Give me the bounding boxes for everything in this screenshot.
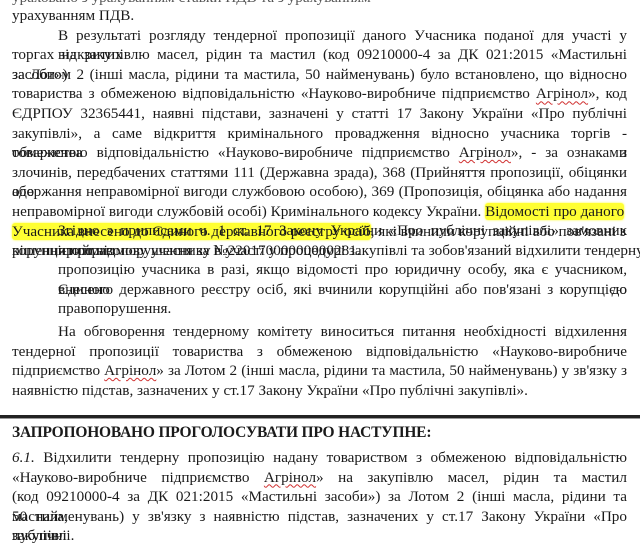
text-line: неправомірної вигоди службовій особі) Кр… bbox=[12, 202, 627, 222]
text-run: » на закупівлю масел, рідин та мастил bbox=[316, 469, 627, 486]
item-number: 6.1. bbox=[12, 449, 35, 466]
company-name-misspelled: Агрінол bbox=[536, 85, 588, 102]
text-run: рішення про відмову учаснику в участі у … bbox=[12, 242, 640, 259]
text-line: обмеженою відповідальністю «Науково-виро… bbox=[12, 143, 627, 163]
text-line: злочинів, передбачених статтями 111 (Дер… bbox=[12, 163, 627, 183]
text-line: Єдиного державного реєстру осіб, які вчи… bbox=[12, 280, 627, 300]
text-run: Відхилити тендерну пропозицію надану тов… bbox=[35, 449, 627, 466]
text-run: обмеженою відповідальністю «Науково-виро… bbox=[12, 144, 459, 161]
text-run: «Науково-виробниче підприємство bbox=[12, 469, 264, 486]
company-name-misspelled: Агрінол bbox=[264, 469, 316, 486]
text-line: за Лотом 2 (інші масла, рідини та мастил… bbox=[12, 65, 627, 85]
section-heading: ЗАПРОПОНОВАНО ПРОГОЛОСУВАТИ ПРО НАСТУПНЕ… bbox=[12, 423, 431, 443]
text-line: урахуванням ПДВ. bbox=[12, 6, 627, 26]
text-line: ЄДРПОУ 32365441, наявні підстави, зазнач… bbox=[12, 104, 627, 124]
text-run: підприємство bbox=[12, 362, 104, 379]
text-run: » за Лотом 2 (інші масла, рідини та маст… bbox=[156, 362, 627, 379]
highlighted-text: Відомості про даного bbox=[485, 203, 624, 220]
text-run: », код bbox=[588, 85, 627, 102]
text-line: тендерної пропозиції товариства з обмеже… bbox=[12, 342, 627, 362]
text-line: На обговорення тендерному комітету винос… bbox=[12, 322, 627, 342]
text-line: закупівлі», а саме відкриття кримінально… bbox=[12, 124, 627, 144]
decision-item-6-1: 6.1. Відхилити тендерну пропозицію надан… bbox=[12, 448, 627, 545]
text-line: пропозицію учасника в разі, якщо відомос… bbox=[12, 260, 627, 280]
paragraph-discussion: На обговорення тендерному комітету винос… bbox=[12, 322, 627, 400]
text-line: закупівлі. bbox=[12, 526, 627, 545]
text-run: товариства з обмеженою відповідальністю … bbox=[12, 85, 536, 102]
text-line: наявністю підстав, зазначених у ст.17 За… bbox=[12, 381, 627, 401]
text-run: неправомірної вигоди службовій особі) Кр… bbox=[12, 203, 485, 220]
paragraph-legal-basis: Згідно з приписами ч. 1 ст. 17 Закону Ук… bbox=[12, 221, 627, 319]
text-run: », - за ознаками bbox=[511, 144, 627, 161]
text-line: 6.1. Відхилити тендерну пропозицію надан… bbox=[12, 448, 627, 468]
company-name-misspelled: Агрінол bbox=[104, 362, 156, 379]
text-line: Згідно з приписами ч. 1 ст. 17 Закону Ук… bbox=[12, 221, 627, 241]
text-line: правопорушення. bbox=[12, 299, 627, 319]
text-line: рішення про відмову учаснику в участі у … bbox=[12, 241, 627, 261]
text-line: товариства з обмеженою відповідальністю … bbox=[12, 84, 627, 104]
section-divider bbox=[0, 415, 640, 419]
text-line: «Науково-виробниче підприємство Агрінол»… bbox=[12, 468, 627, 488]
text-line: В результаті розгляду тендерної пропозиц… bbox=[12, 26, 627, 46]
text-line: одержання неправомірної вигоди службовою… bbox=[12, 182, 627, 202]
text-line: підприємство Агрінол» за Лотом 2 (інші м… bbox=[12, 361, 627, 381]
company-name-misspelled: Агрінол bbox=[459, 144, 511, 161]
text-line: 50 найменувань) у зв'язку з наявністю пі… bbox=[12, 507, 627, 527]
text-line: торгах на закупівлю масел, рідин та маст… bbox=[12, 45, 627, 65]
text-line: (код 09210000-4 за ДК 021:2015 «Мастильн… bbox=[12, 487, 627, 507]
